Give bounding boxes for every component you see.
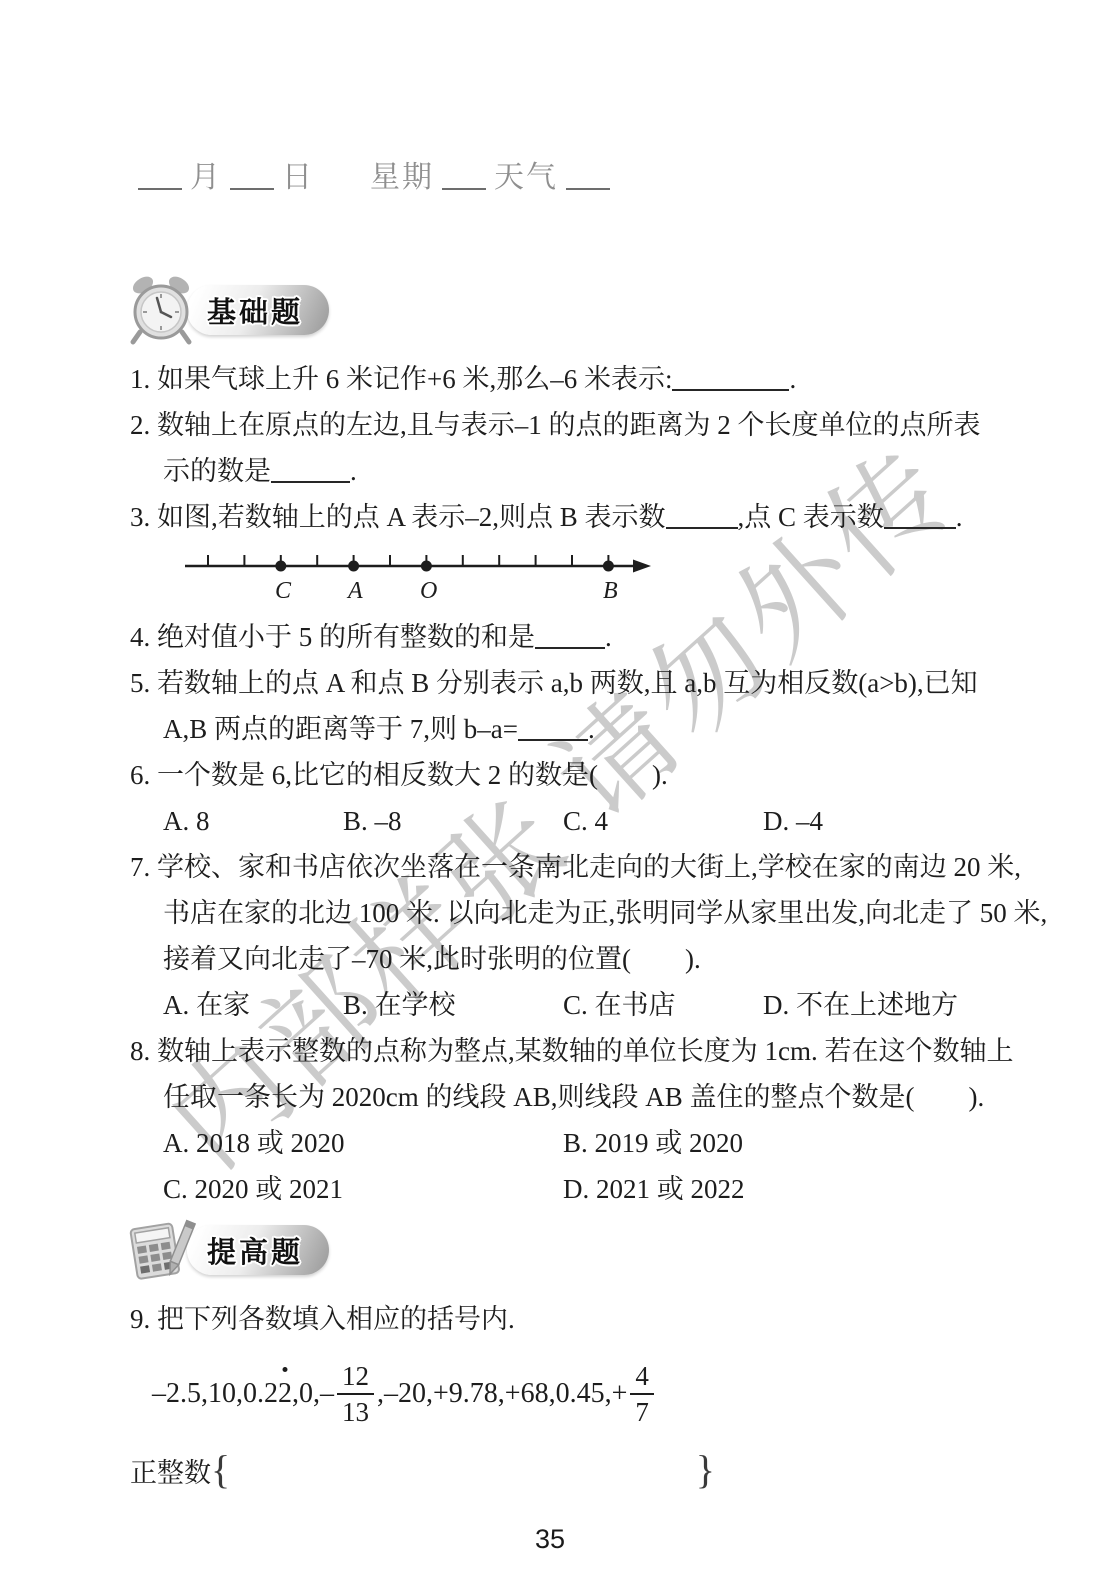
- option-a: A. 2018 或 2020: [163, 1120, 563, 1166]
- option-d: D. –4: [763, 798, 970, 844]
- fraction-12-13: 1213: [337, 1360, 374, 1429]
- answer-blank: [271, 481, 350, 483]
- question-8-line-1: 8. 数轴上表示整数的点称为整点,某数轴的单位长度为 1cm. 若在这个数轴上: [130, 1028, 970, 1074]
- question-7-text-cont-2: 接着又向北走了–70 米,此时张明的位置( ).: [163, 944, 701, 974]
- question-4-text: 4. 绝对值小于 5 的所有整数的和是: [130, 622, 535, 652]
- answer-blank: [666, 527, 738, 529]
- option-a: A. 8: [163, 798, 343, 844]
- question-2-period: .: [350, 456, 357, 486]
- date-weather-header: 月 日 星期 天气: [130, 158, 970, 198]
- week-label: 星期: [370, 158, 434, 198]
- question-8-options-row-2: C. 2020 或 2021 D. 2021 或 2022: [130, 1166, 970, 1212]
- question-6-text: 6. 一个数是 6,比它的相反数大 2 的数是( ).: [130, 760, 668, 790]
- question-6: 6. 一个数是 6,比它的相反数大 2 的数是( ).: [130, 752, 970, 798]
- point-A-dot: [348, 561, 359, 572]
- point-A-label: A: [346, 578, 363, 604]
- day-blank-line: [230, 188, 274, 190]
- month-blank-line: [138, 188, 182, 190]
- answer-blank: [672, 389, 789, 391]
- numbers-part-2: ,0,–: [292, 1377, 334, 1411]
- question-3-text-2: ,点 C 表示数: [738, 502, 884, 532]
- option-b: B. 2019 或 2020: [563, 1120, 970, 1166]
- option-c: C. 4: [563, 798, 763, 844]
- fraction-numerator: 12: [337, 1360, 374, 1395]
- number-line-figure: C A O B: [185, 546, 665, 610]
- option-b: B. –8: [343, 798, 563, 844]
- question-1: 1. 如果气球上升 6 米记作+6 米,那么–6 米表示:.: [130, 356, 970, 402]
- repeating-decimal-digit: 2: [278, 1377, 292, 1411]
- question-9: 9. 把下列各数填入相应的括号内.: [130, 1296, 970, 1342]
- question-3-period: .: [956, 502, 963, 532]
- page-content: 月 日 星期 天气 基础题: [0, 0, 1110, 1555]
- question-5-text: 5. 若数轴上的点 A 和点 B 分别表示 a,b 两数,且 a,b 互为相反数…: [130, 668, 978, 698]
- question-2-text-cont: 示的数是: [163, 456, 271, 486]
- question-1-period: .: [789, 364, 796, 394]
- question-7-line-1: 7. 学校、家和书店依次坐落在一条南北走向的大街上,学校在家的南边 20 米,: [130, 844, 970, 890]
- point-C-dot: [275, 561, 286, 572]
- question-7-line-2: 书店在家的北边 100 米. 以向北走为正,张明同学从家里出发,向北走了 50 …: [130, 890, 970, 936]
- question-2-text: 2. 数轴上在原点的左边,且与表示–1 的点的距离为 2 个长度单位的点所表: [130, 410, 981, 440]
- number-line-arrow: [633, 560, 651, 573]
- right-brace: }: [696, 1450, 715, 1490]
- option-d: D. 2021 或 2022: [563, 1166, 970, 1212]
- question-1-text: 1. 如果气球上升 6 米记作+6 米,那么–6 米表示:: [130, 364, 672, 394]
- fraction-numerator: 4: [630, 1360, 654, 1395]
- option-c: C. 在书店: [563, 982, 763, 1028]
- numbers-part-3: ,–20,+9.78,+68,0.45,+: [377, 1377, 627, 1411]
- workbook-page: 内部样张 请勿外传 月 日 星期 天气 基础题: [0, 0, 1110, 1571]
- point-B-dot: [603, 561, 614, 572]
- alarm-clock-icon: [126, 274, 196, 346]
- section-badge-basic: 基础题: [187, 285, 329, 335]
- option-d: D. 不在上述地方: [763, 982, 970, 1028]
- month-label: 月: [190, 158, 222, 198]
- section-advanced: 提高题: [130, 1216, 970, 1282]
- weather-blank-line: [566, 188, 610, 190]
- question-3: 3. 如图,若数轴上的点 A 表示–2,则点 B 表示数,点 C 表示数.: [130, 494, 970, 540]
- question-2-line-1: 2. 数轴上在原点的左边,且与表示–1 的点的距离为 2 个长度单位的点所表: [130, 402, 970, 448]
- point-B-label: B: [603, 578, 618, 604]
- calculator-pencil-icon: [126, 1214, 196, 1286]
- positive-integers-label: 正整数: [130, 1451, 211, 1490]
- option-b: B. 在学校: [343, 982, 563, 1028]
- question-5-text-cont: A,B 两点的距离等于 7,则 b–a=: [163, 714, 518, 744]
- question-7-text: 7. 学校、家和书店依次坐落在一条南北走向的大街上,学校在家的南边 20 米,: [130, 852, 1021, 882]
- point-C-label: C: [275, 578, 292, 604]
- section-badge-advanced-label: 提高题: [207, 1230, 303, 1271]
- fraction-denominator: 13: [342, 1395, 369, 1428]
- left-brace: {: [211, 1450, 230, 1490]
- question-9-numbers: –2.5,10,0.22,0,–1213,–20,+9.78,+68,0.45,…: [152, 1352, 970, 1436]
- point-O-label: O: [420, 578, 437, 604]
- section-basic: 基础题: [130, 276, 970, 342]
- question-8-options-row-1: A. 2018 或 2020 B. 2019 或 2020: [130, 1120, 970, 1166]
- fraction-4-7: 47: [630, 1360, 654, 1429]
- page-number: 35: [130, 1524, 970, 1555]
- question-7-options: A. 在家 B. 在学校 C. 在书店 D. 不在上述地方: [130, 982, 970, 1028]
- weather-label: 天气: [494, 158, 558, 198]
- section-badge-advanced: 提高题: [187, 1225, 329, 1275]
- question-9-text: 9. 把下列各数填入相应的括号内.: [130, 1304, 515, 1334]
- answer-blank: [884, 527, 956, 529]
- point-O-dot: [421, 561, 432, 572]
- day-label: 日: [282, 158, 314, 198]
- answer-blank: [518, 739, 588, 741]
- option-a: A. 在家: [163, 982, 343, 1028]
- positive-integers-bracket-row: 正整数 { }: [130, 1450, 715, 1490]
- question-7-line-3: 接着又向北走了–70 米,此时张明的位置( ).: [130, 936, 970, 982]
- question-6-options: A. 8 B. –8 C. 4 D. –4: [130, 798, 970, 844]
- question-8-text: 8. 数轴上表示整数的点称为整点,某数轴的单位长度为 1cm. 若在这个数轴上: [130, 1036, 1013, 1066]
- question-8-text-cont: 任取一条长为 2020cm 的线段 AB,则线段 AB 盖住的整点个数是( ).: [163, 1082, 984, 1112]
- question-7-text-cont: 书店在家的北边 100 米. 以向北走为正,张明同学从家里出发,向北走了 50 …: [163, 898, 1047, 928]
- question-5-period: .: [588, 714, 595, 744]
- fraction-denominator: 7: [635, 1395, 649, 1428]
- answer-blank: [535, 647, 605, 649]
- question-4-period: .: [605, 622, 612, 652]
- week-blank-line: [442, 188, 486, 190]
- question-5-line-2: A,B 两点的距离等于 7,则 b–a=.: [130, 706, 970, 752]
- question-8-line-2: 任取一条长为 2020cm 的线段 AB,则线段 AB 盖住的整点个数是( ).: [130, 1074, 970, 1120]
- option-c: C. 2020 或 2021: [163, 1166, 563, 1212]
- section-badge-basic-label: 基础题: [207, 290, 303, 331]
- question-3-text: 3. 如图,若数轴上的点 A 表示–2,则点 B 表示数: [130, 502, 666, 532]
- question-2-line-2: 示的数是.: [130, 448, 970, 494]
- question-4: 4. 绝对值小于 5 的所有整数的和是.: [130, 614, 970, 660]
- question-5-line-1: 5. 若数轴上的点 A 和点 B 分别表示 a,b 两数,且 a,b 互为相反数…: [130, 660, 970, 706]
- numbers-part-1: –2.5,10,0.2: [152, 1377, 278, 1411]
